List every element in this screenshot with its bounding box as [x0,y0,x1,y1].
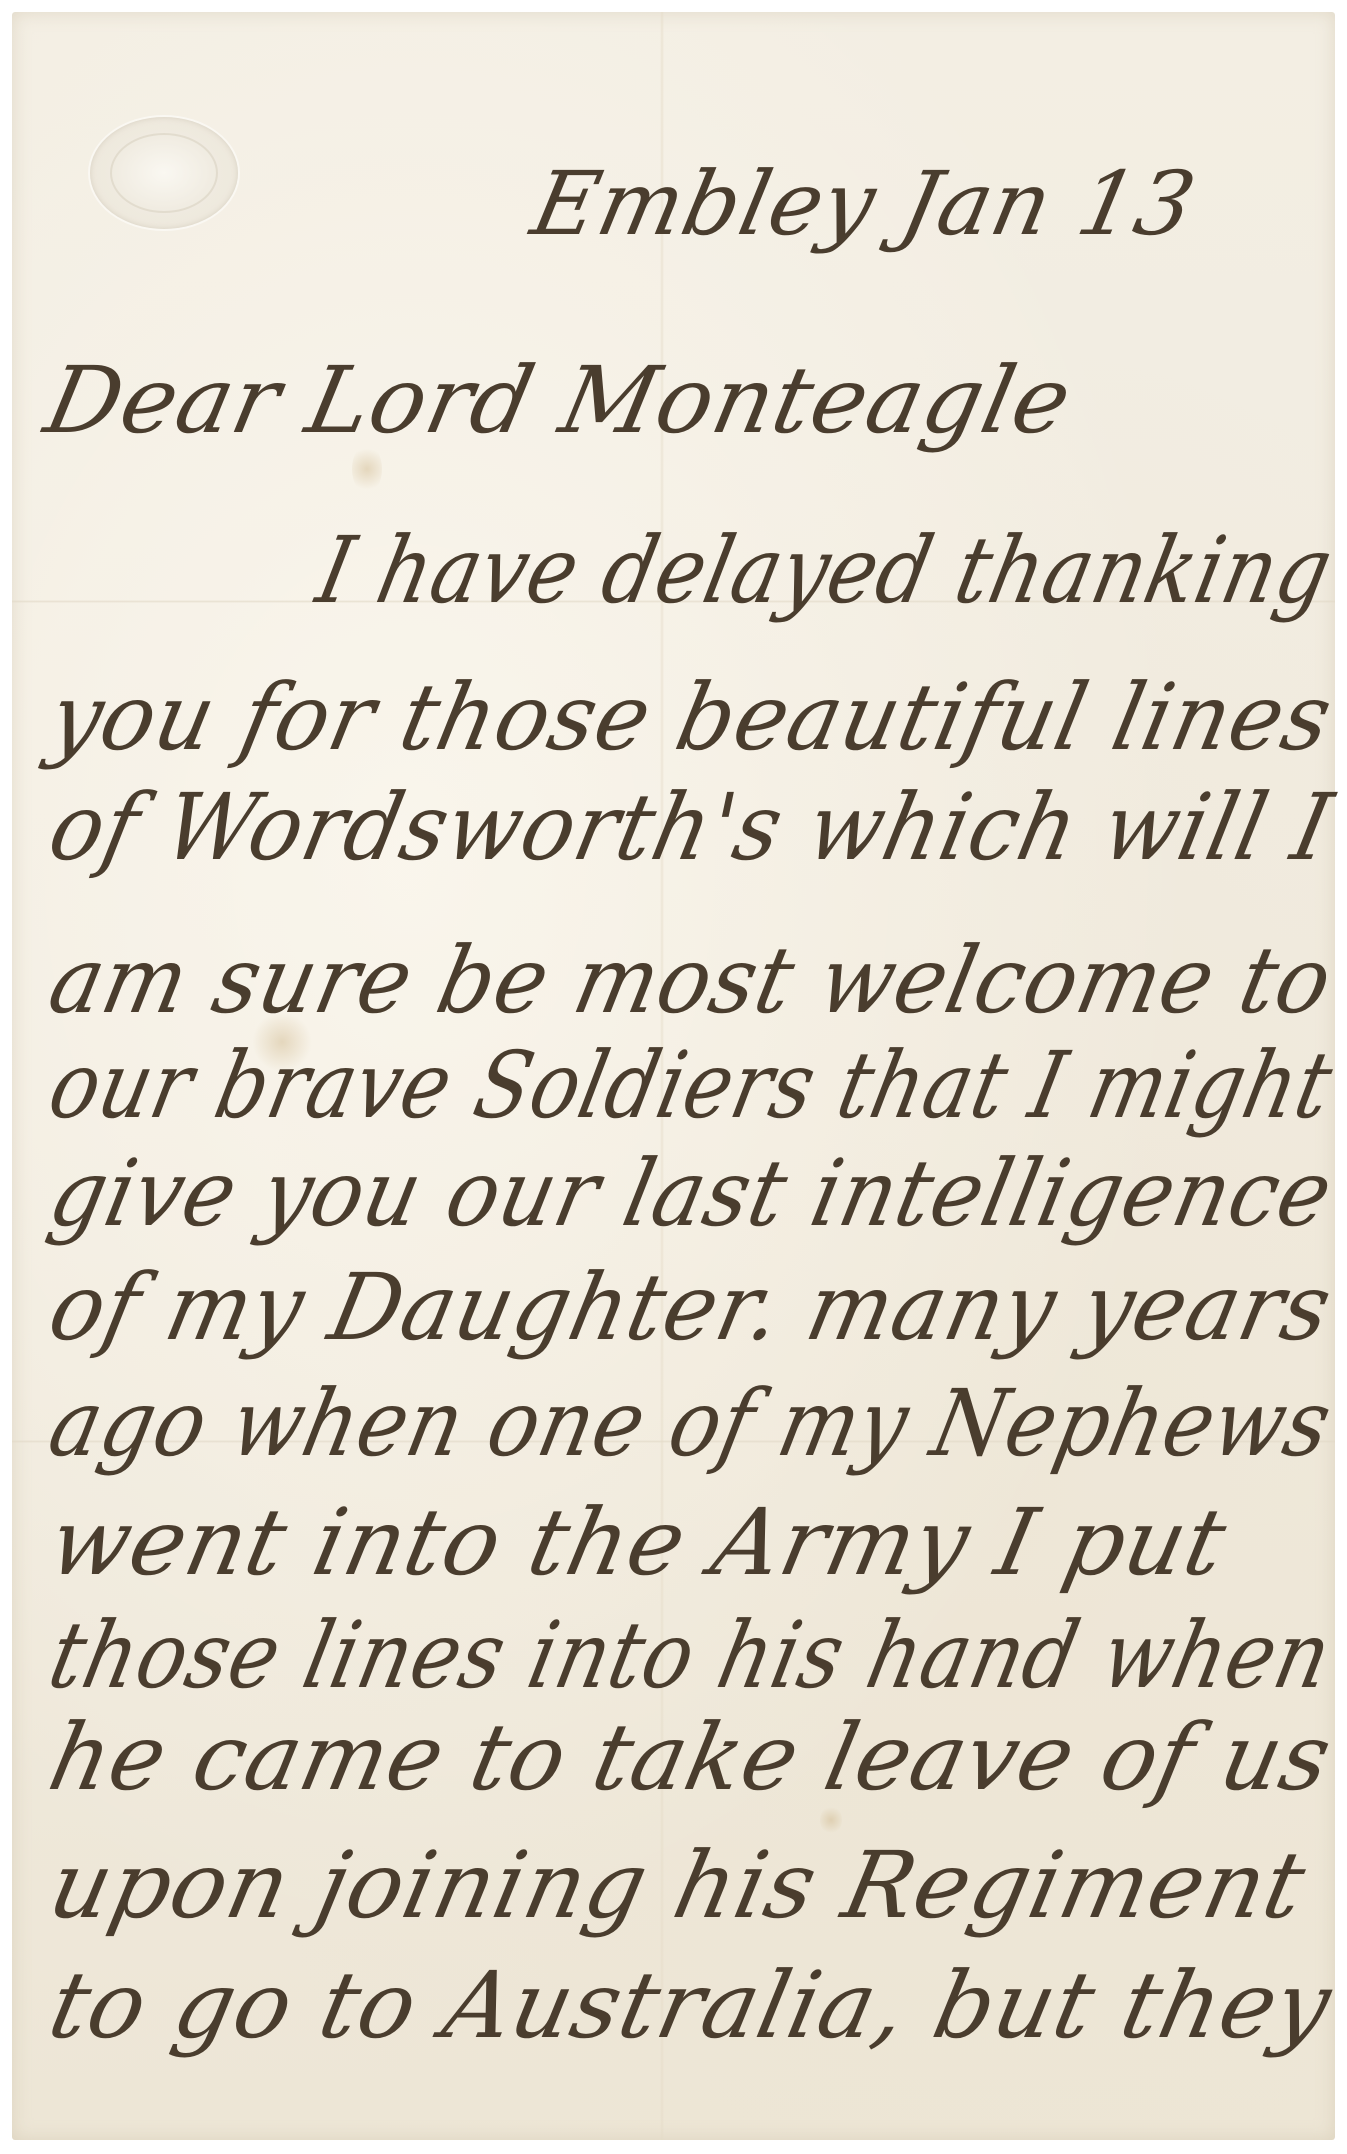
letter-salutation: Dear Lord Monteagle [38,355,1079,447]
letter-line: upon joining his Regiment [42,1840,1313,1932]
letter-line: I have delayed thanking [310,525,1340,617]
letter-line: am sure be most welcome to [42,935,1340,1027]
letter-line: to go to Australia, but they [42,1960,1339,2052]
letter-line: those lines into his hand when [42,1610,1339,1702]
embossed-seal-icon [90,117,238,229]
letter-dateline: Embley Jan 13 [525,160,1203,248]
letter-line: of Wordsworth's which will I [42,782,1339,874]
letter-line: our brave Soldiers that I might [42,1040,1340,1132]
letter-line: of my Daughter. many years [42,1262,1339,1354]
letter-line: give you our last intelligence [42,1148,1340,1240]
letter-line: ago when one of my Nephews [42,1378,1339,1470]
letter-line: you for those beautiful lines [42,672,1340,764]
letter-line: he came to take leave of us [42,1712,1339,1804]
letter-line: went into the Army I put [42,1497,1234,1589]
